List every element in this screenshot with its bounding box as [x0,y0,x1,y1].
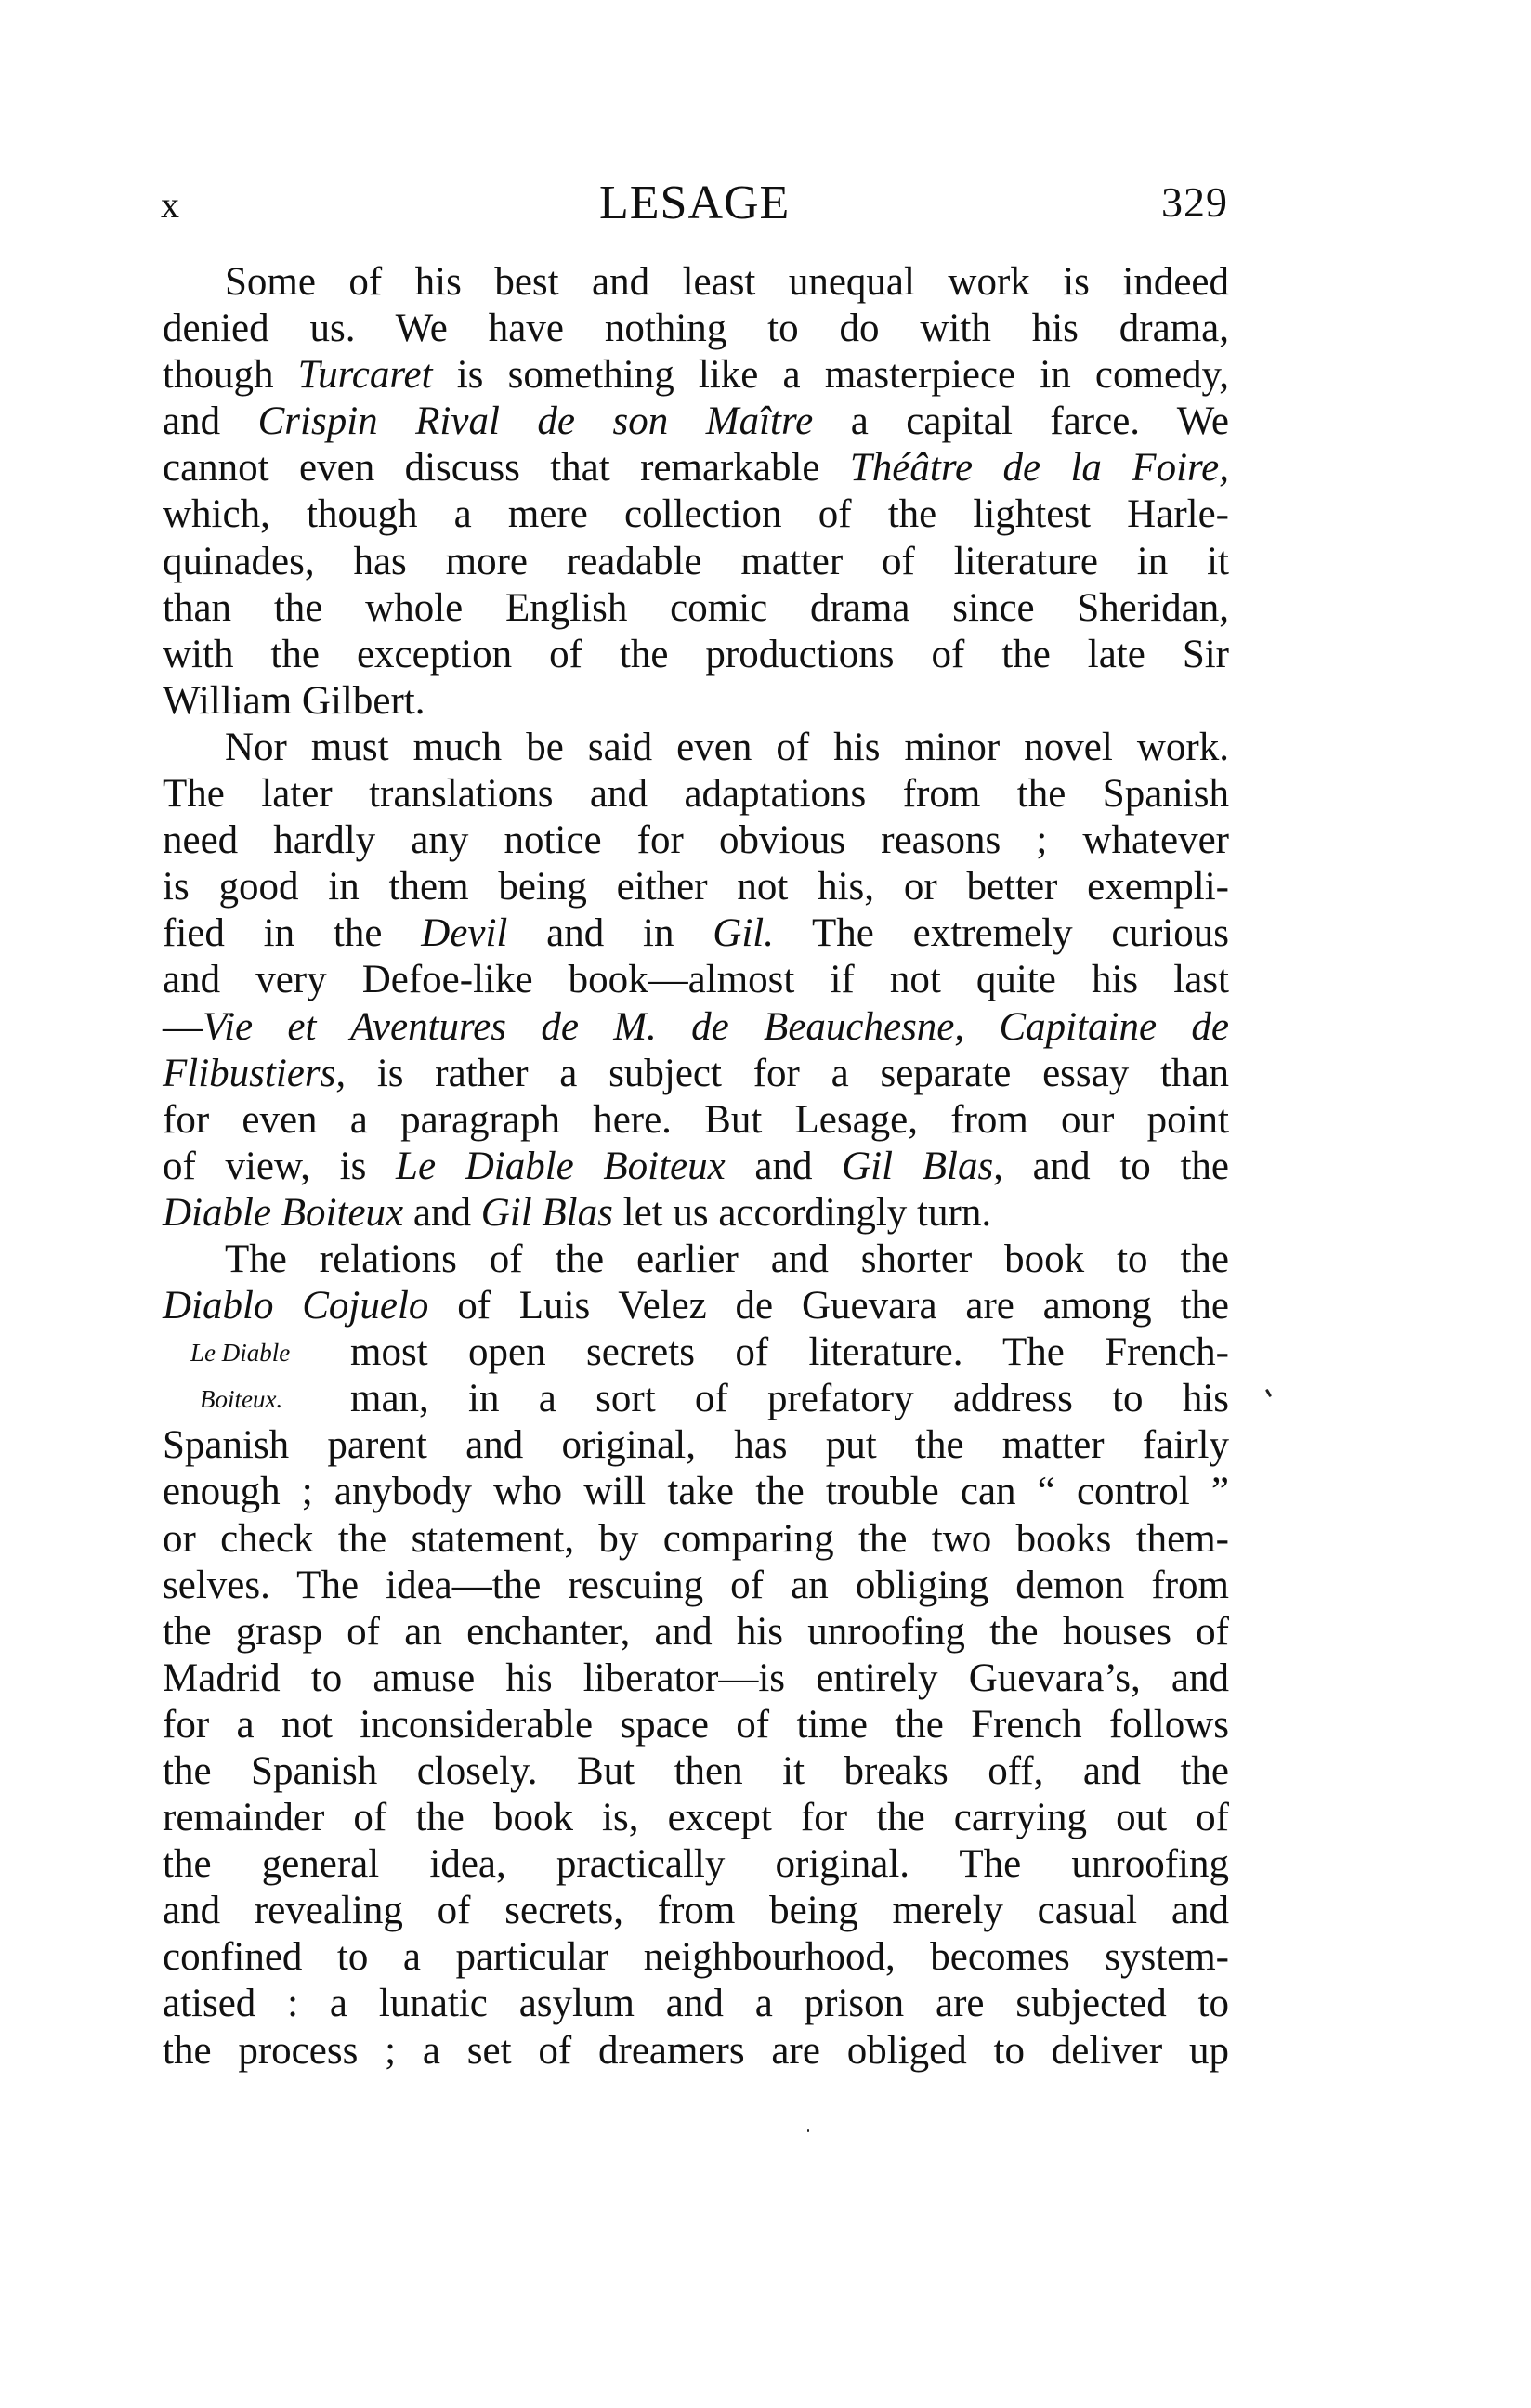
text-run: of Luis Velez de Guevara are among the [428,1284,1229,1328]
margin-note: Le Diable [190,1329,290,1376]
text-line: Madrid to amuse his liberator—is entirel… [163,1655,1229,1702]
scan-speck [1265,1389,1272,1397]
text-line: and revealing of secrets, from being mer… [163,1888,1229,1934]
running-title: LESAGE [599,176,790,231]
italic-text: Devil [421,911,507,955]
text-run: fied in the [163,911,421,955]
text-line: most open secrets of literature. The Fre… [163,1329,1229,1376]
text-run: for a not inconsiderable space of time t… [163,1703,1229,1747]
text-run: than the whole English comic drama since… [163,586,1229,630]
text-line: atised : a lunatic asylum and a prison a… [163,1981,1229,2027]
text-run: and revealing of secrets, from being mer… [163,1889,1229,1932]
text-run: is rather a subject for a separate essay… [346,1052,1229,1095]
scan-speck [807,2129,809,2132]
text-line: denied us. We have nothing to do with hi… [163,306,1229,352]
text-run: let us accordingly turn. [613,1191,991,1235]
text-line: is good in them being either not his, or… [163,864,1229,910]
text-line: Diable Boiteux and Gil Blas let us accor… [163,1190,1229,1237]
text-line: for even a paragraph here. But Lesage, f… [163,1097,1229,1144]
italic-text: Turcaret [298,353,433,397]
text-run: which, though a mere collection of the l… [163,492,1229,536]
text-line: William Gilbert. [163,678,1229,725]
text-line: need hardly any notice for obvious reaso… [163,818,1229,864]
text-run: The later translations and adaptations f… [163,772,1229,816]
text-run: need hardly any notice for obvious reaso… [163,818,1229,862]
text-run: for even a paragraph here. But Lesage, f… [163,1098,1229,1142]
italic-text: Diablo Cojuelo [163,1284,428,1328]
text-line: the process ; a set of dreamers are obli… [163,2028,1229,2074]
text-line: fied in the Devil and in Gil. The extrem… [163,910,1229,957]
text-run: the grasp of an enchanter, and his unroo… [163,1610,1229,1654]
text-line: remainder of the book is, except for the… [163,1795,1229,1841]
text-run: the general idea, practically original. … [163,1842,1229,1886]
text-line: or check the statement, by comparing the… [163,1516,1229,1563]
margin-note: Boiteux. [200,1376,282,1422]
text-line: selves. The idea—the rescuing of an obli… [163,1563,1229,1609]
italic-text: Gil Blas, [842,1145,1003,1188]
text-line: Some of his best and least unequal work … [163,259,1229,306]
text-run: or check the statement, by comparing the… [163,1517,1229,1561]
text-line: Flibustiers, is rather a subject for a s… [163,1051,1229,1097]
text-run: the process ; a set of dreamers are obli… [163,2029,1229,2073]
text-line: for a not inconsiderable space of time t… [163,1702,1229,1748]
text-run: of view, is [163,1145,396,1188]
text-run: most open secrets of literature. The Fre… [350,1330,1229,1374]
text-run: — [163,1005,203,1049]
text-run: a capital farce. We [813,399,1229,443]
text-run: cannot even discuss that remarkable [163,446,850,490]
text-line: though Turcaret is something like a mast… [163,352,1229,399]
text-run: enough ; anybody who will take the troub… [163,1470,1229,1513]
text-run: with the exception of the productions of… [163,633,1229,676]
text-run: man, in a sort of prefatory address to h… [350,1377,1229,1420]
text-line: enough ; anybody who will take the troub… [163,1469,1229,1515]
italic-text: Vie et Aventures de M. de Beauchesne, Ca… [203,1005,1229,1049]
italic-text: Flibustiers, [163,1052,346,1095]
text-line: Spanish parent and original, has put the… [163,1422,1229,1469]
page-number: 329 [1161,177,1228,229]
text-run: remainder of the book is, except for the… [163,1796,1229,1839]
text-line: cannot even discuss that remarkable Théâ… [163,445,1229,491]
text-line: quinades, has more readable matter of li… [163,539,1229,585]
text-run: is good in them being either not his, or… [163,865,1229,909]
text-run: quinades, has more readable matter of li… [163,540,1229,583]
text-run: though [163,353,298,397]
text-run: and very Defoe-like book—almost if not q… [163,958,1229,1001]
text-line: of view, is Le Diable Boiteux and Gil Bl… [163,1144,1229,1190]
text-line: The later translations and adaptations f… [163,771,1229,818]
text-line: Nor must much be said even of his minor … [163,725,1229,771]
text-run: and in [507,911,713,955]
text-run: Spanish parent and original, has put the… [163,1423,1229,1467]
text-run: Nor must much be said even of his minor … [225,726,1229,769]
text-line: and very Defoe-like book—almost if not q… [163,957,1229,1003]
text-run: Madrid to amuse his liberator—is entirel… [163,1656,1229,1700]
running-head: x LESAGE 329 [0,0,1531,242]
italic-text: Gil Blas [481,1191,613,1235]
text-run: Some of his best and least unequal work … [225,260,1229,304]
body-text: Some of his best and least unequal work … [163,259,1229,2074]
text-run: selves. The idea—the rescuing of an obli… [163,1564,1229,1607]
text-line: man, in a sort of prefatory address to h… [163,1376,1229,1422]
text-run: The relations of the earlier and shorter… [225,1237,1229,1281]
text-run: confined to a particular neighbourhood, … [163,1935,1229,1979]
text-line: the Spanish closely. But then it breaks … [163,1748,1229,1795]
text-line: The relations of the earlier and shorter… [163,1237,1229,1283]
text-run: and to the [1003,1145,1229,1188]
chapter-number: x [161,182,179,229]
text-line: with the exception of the productions of… [163,632,1229,678]
text-line: and Crispin Rival de son Maître a capita… [163,399,1229,445]
text-run: The extremely curious [774,911,1229,955]
text-run: and [163,399,258,443]
text-line: the grasp of an enchanter, and his unroo… [163,1609,1229,1655]
text-line: the general idea, practically original. … [163,1841,1229,1888]
italic-text: Diable Boiteux [163,1191,403,1235]
text-run: is something like a masterpiece in comed… [433,353,1229,397]
italic-text: Théâtre de la Foire, [850,446,1229,490]
text-line: Diablo Cojuelo of Luis Velez de Guevara … [163,1283,1229,1329]
italic-text: Le Diable Boiteux [396,1145,726,1188]
italic-text: Gil. [713,911,774,955]
text-run: William Gilbert. [163,679,425,723]
text-line: —Vie et Aventures de M. de Beauchesne, C… [163,1004,1229,1051]
text-run: and [726,1145,842,1188]
text-line: which, though a mere collection of the l… [163,491,1229,538]
text-run: atised : a lunatic asylum and a prison a… [163,1982,1229,2025]
text-line: than the whole English comic drama since… [163,585,1229,632]
text-run: the Spanish closely. But then it breaks … [163,1749,1229,1793]
text-run: denied us. We have nothing to do with hi… [163,307,1229,350]
text-line: confined to a particular neighbourhood, … [163,1934,1229,1981]
italic-text: Crispin Rival de son Maître [258,399,814,443]
text-run: and [403,1191,481,1235]
